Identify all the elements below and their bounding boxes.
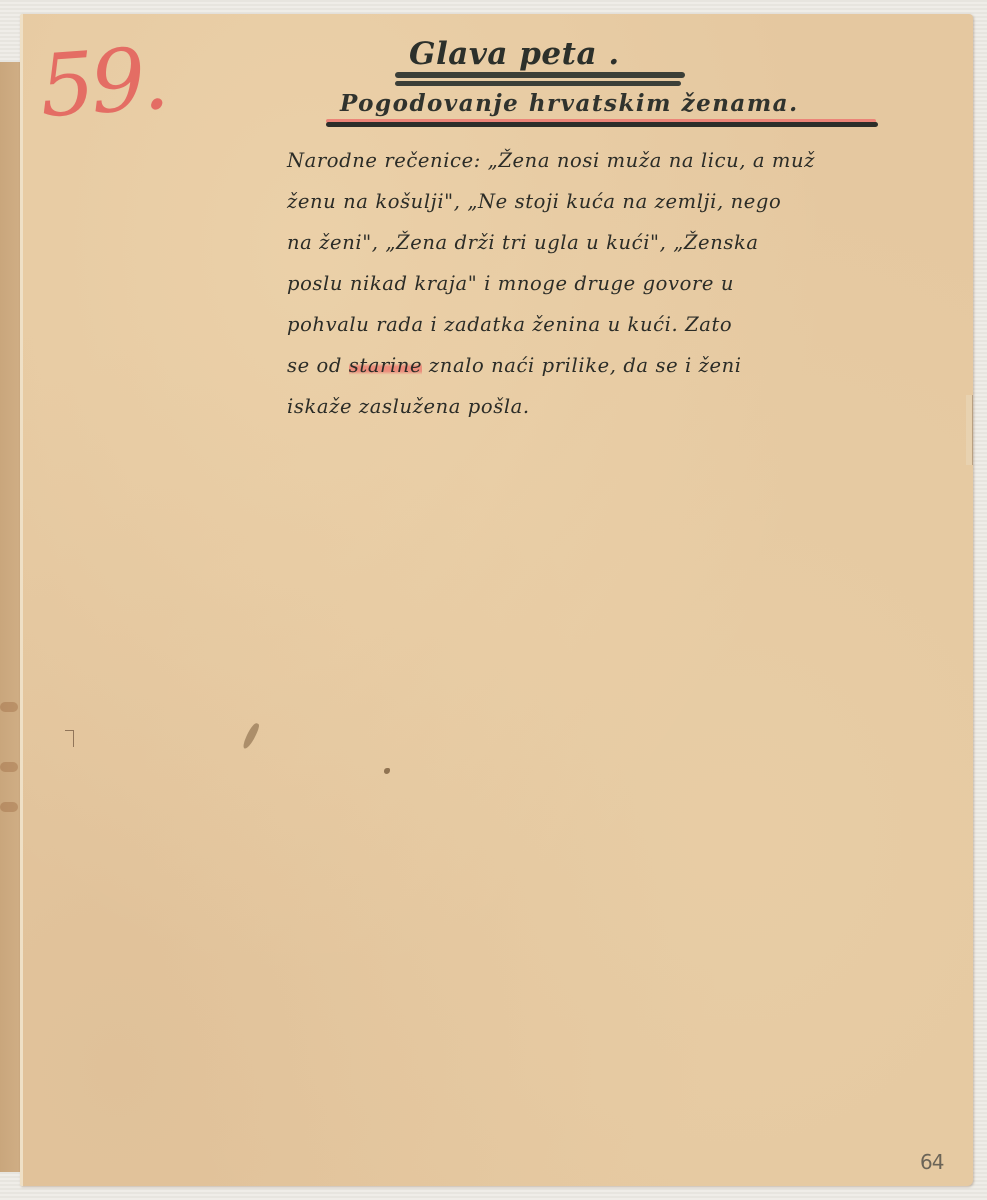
subtitle-black-underline — [326, 122, 878, 127]
body-line: Narodne rečenice: „Žena nosi muža na lic… — [287, 140, 967, 181]
archive-page-number: 64 — [920, 1150, 943, 1174]
chapter-subtitle: Pogodovanje hrvatskim ženama. — [326, 90, 886, 118]
body-paragraph: Narodne rečenice: „Žena nosi muža na lic… — [287, 140, 967, 427]
body-text-segment: se od — [287, 354, 349, 377]
body-line: ženu na košulji", „Ne stoji kuća na zeml… — [287, 181, 967, 222]
stain-mark — [0, 762, 18, 772]
red-highlighted-word: starine — [349, 354, 422, 377]
red-page-number: 59. — [37, 36, 167, 130]
body-line: iskaže zaslužena pošla. — [287, 386, 967, 427]
chapter-heading: Glava peta . — [395, 34, 695, 86]
body-line: pohvalu rada i zadatka ženina u kući. Za… — [287, 304, 967, 345]
body-text-segment: znalo naći prilike, da se i ženi — [422, 354, 742, 377]
chapter-underline-second — [395, 81, 681, 86]
pencil-mark — [65, 730, 74, 747]
chapter-title: Glava peta . — [395, 34, 695, 74]
stain-mark — [0, 802, 18, 812]
page-edge-tear — [966, 395, 973, 465]
body-line: poslu nikad kraja" i mnoge druge govore … — [287, 263, 967, 304]
stain-mark — [0, 702, 18, 712]
body-line: na ženi", „Žena drži tri ugla u kući", „… — [287, 222, 967, 263]
chapter-subtitle-block: Pogodovanje hrvatskim ženama. — [326, 90, 886, 127]
body-line-with-highlight: se od starine znalo naći prilike, da se … — [287, 345, 967, 386]
